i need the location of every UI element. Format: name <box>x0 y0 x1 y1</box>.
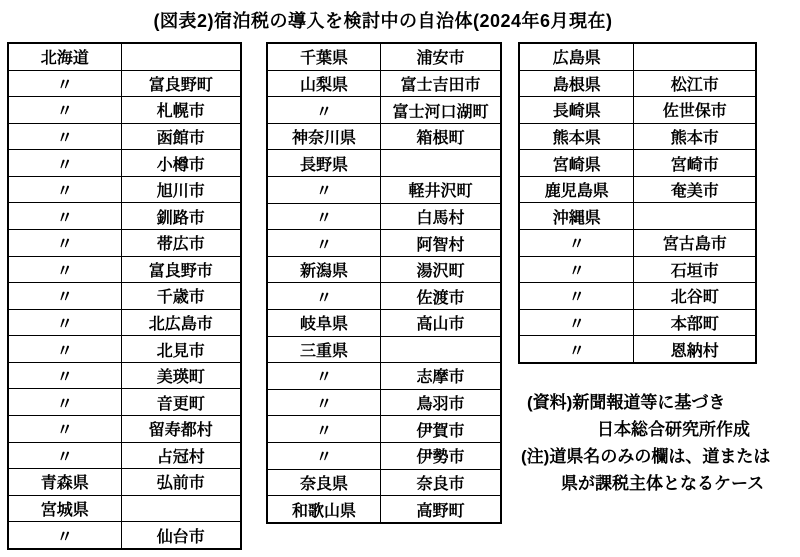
municipality-table-middle: 千葉県浦安市 山梨県富士吉田市 〃富士河口湖町 神奈川県箱根町 長野県 〃軽井沢… <box>266 42 502 524</box>
city-cell: 仙台市 <box>121 522 241 549</box>
pref-cell: 神奈川県 <box>267 123 380 150</box>
table-row: 山梨県富士吉田市 <box>267 70 501 97</box>
pref-cell: 沖縄県 <box>519 203 634 230</box>
table-row: 長野県 <box>267 150 501 177</box>
city-cell: 弘前市 <box>121 469 241 496</box>
pref-cell: 〃 <box>519 283 634 310</box>
city-cell: 鳥羽市 <box>380 389 501 416</box>
pref-cell: 和歌山県 <box>267 496 380 523</box>
city-cell: 美瑛町 <box>121 362 241 389</box>
municipality-table-left: 北海道 〃富良野町 〃札幌市 〃函館市 〃小樽市 〃旭川市 〃釧路市 〃帯広市 … <box>7 42 242 550</box>
city-cell: 富良野町 <box>121 70 241 97</box>
table-row: 沖縄県 <box>519 203 756 230</box>
city-cell <box>634 203 756 230</box>
pref-cell: 奈良県 <box>267 469 380 496</box>
table-row: 三重県 <box>267 336 501 363</box>
pref-cell: 〃 <box>267 203 380 230</box>
table-row: 〃佐渡市 <box>267 283 501 310</box>
pref-cell: 広島県 <box>519 43 634 70</box>
table-row: 〃富良野町 <box>8 70 241 97</box>
city-cell: 奈良市 <box>380 469 501 496</box>
city-cell: 奄美市 <box>634 176 756 203</box>
figure-page: (図表2)宿泊税の導入を検討中の自治体(2024年6月現在) 北海道 〃富良野町… <box>0 0 800 557</box>
pref-cell: 〃 <box>267 416 380 443</box>
city-cell: 宮古島市 <box>634 230 756 257</box>
pref-cell: 〃 <box>519 256 634 283</box>
city-cell: 函館市 <box>121 123 241 150</box>
table-row: 新潟県湯沢町 <box>267 256 501 283</box>
table-row: 長崎県佐世保市 <box>519 97 756 124</box>
city-cell: 富士河口湖町 <box>380 97 501 124</box>
pref-cell: 青森県 <box>8 469 121 496</box>
pref-cell: 千葉県 <box>267 43 380 70</box>
source-note: (資料)新聞報道等に基づき 日本総合研究所作成 (注)道県名のみの欄は、道または… <box>521 389 797 497</box>
city-cell: 留寿都村 <box>121 415 241 442</box>
pref-cell: 新潟県 <box>267 256 380 283</box>
pref-cell: 長野県 <box>267 150 380 177</box>
pref-cell: 〃 <box>8 309 121 336</box>
pref-cell: 〃 <box>267 97 380 124</box>
figure-title: (図表2)宿泊税の導入を検討中の自治体(2024年6月現在) <box>0 7 766 33</box>
table-row: 〃軽井沢町 <box>267 177 501 204</box>
pref-cell: 〃 <box>267 363 380 390</box>
pref-cell: 〃 <box>267 283 380 310</box>
municipality-table-right: 広島県 島根県松江市 長崎県佐世保市 熊本県熊本市 宮崎県宮崎市 鹿児島県奄美市… <box>518 42 757 364</box>
pref-cell: 〃 <box>8 230 121 257</box>
pref-cell: 〃 <box>8 150 121 177</box>
table-row: 〃千歳市 <box>8 283 241 310</box>
table-row: 〃釧路市 <box>8 203 241 230</box>
pref-cell: 〃 <box>8 442 121 469</box>
pref-cell: 〃 <box>8 176 121 203</box>
table-row: 〃小樽市 <box>8 150 241 177</box>
table-row: 〃伊賀市 <box>267 416 501 443</box>
table-row: 熊本県熊本市 <box>519 123 756 150</box>
pref-cell: 〃 <box>519 230 634 257</box>
pref-cell: 〃 <box>267 389 380 416</box>
pref-cell: 長崎県 <box>519 97 634 124</box>
pref-cell: 宮城県 <box>8 495 121 522</box>
city-cell: 白馬村 <box>380 203 501 230</box>
pref-cell: 〃 <box>8 123 121 150</box>
city-cell: 湯沢町 <box>380 256 501 283</box>
table-row: 〃北見市 <box>8 336 241 363</box>
city-cell: 音更町 <box>121 389 241 416</box>
pref-cell: 三重県 <box>267 336 380 363</box>
city-cell <box>380 150 501 177</box>
table-row: 〃阿智村 <box>267 230 501 257</box>
table-row: 〃鳥羽市 <box>267 389 501 416</box>
city-cell: 佐渡市 <box>380 283 501 310</box>
table-row: 宮崎県宮崎市 <box>519 150 756 177</box>
table-row: 和歌山県高野町 <box>267 496 501 523</box>
table-row: 〃伊勢市 <box>267 442 501 469</box>
pref-cell: 〃 <box>8 256 121 283</box>
pref-cell: 北海道 <box>8 43 121 70</box>
city-cell: 熊本市 <box>634 123 756 150</box>
city-cell: 伊勢市 <box>380 442 501 469</box>
pref-cell: 〃 <box>8 362 121 389</box>
table-row: 鹿児島県奄美市 <box>519 176 756 203</box>
table-row: 神奈川県箱根町 <box>267 123 501 150</box>
pref-cell: 鹿児島県 <box>519 176 634 203</box>
pref-cell: 〃 <box>8 203 121 230</box>
table-row: 広島県 <box>519 43 756 70</box>
city-cell: 本部町 <box>634 309 756 336</box>
city-cell: 釧路市 <box>121 203 241 230</box>
city-cell: 浦安市 <box>380 43 501 70</box>
table-row: 〃美瑛町 <box>8 362 241 389</box>
pref-cell: 〃 <box>8 283 121 310</box>
table-row: 北海道 <box>8 43 241 70</box>
table-row: 〃本部町 <box>519 309 756 336</box>
city-cell: 宮崎市 <box>634 150 756 177</box>
pref-cell: 〃 <box>8 97 121 124</box>
pref-cell: 熊本県 <box>519 123 634 150</box>
city-cell <box>121 43 241 70</box>
city-cell <box>634 43 756 70</box>
table-row: 奈良県奈良市 <box>267 469 501 496</box>
table-row: 千葉県浦安市 <box>267 43 501 70</box>
table-row: 〃帯広市 <box>8 230 241 257</box>
table-row: 〃石垣市 <box>519 256 756 283</box>
pref-cell: 〃 <box>267 442 380 469</box>
city-cell <box>121 495 241 522</box>
city-cell: 北谷町 <box>634 283 756 310</box>
table-row: 岐阜県高山市 <box>267 310 501 337</box>
city-cell: 北広島市 <box>121 309 241 336</box>
pref-cell: 〃 <box>8 336 121 363</box>
pref-cell: 〃 <box>8 522 121 549</box>
city-cell: 軽井沢町 <box>380 177 501 204</box>
table-row: 〃占冠村 <box>8 442 241 469</box>
pref-cell: 〃 <box>519 309 634 336</box>
table-row: 青森県弘前市 <box>8 469 241 496</box>
source-note-line: (資料)新聞報道等に基づき <box>521 389 797 416</box>
city-cell: 富士吉田市 <box>380 70 501 97</box>
table-row: 宮城県 <box>8 495 241 522</box>
city-cell: 占冠村 <box>121 442 241 469</box>
pref-cell: 山梨県 <box>267 70 380 97</box>
table-row: 〃北谷町 <box>519 283 756 310</box>
table-row: 〃旭川市 <box>8 176 241 203</box>
table-row: 〃富士河口湖町 <box>267 97 501 124</box>
pref-cell: 〃 <box>267 230 380 257</box>
city-cell: 高山市 <box>380 310 501 337</box>
city-cell: 富良野市 <box>121 256 241 283</box>
city-cell <box>380 336 501 363</box>
source-note-line: 日本総合研究所作成 <box>521 416 797 443</box>
table-row: 〃音更町 <box>8 389 241 416</box>
annotation-note-line: (注)道県名のみの欄は、道または <box>521 443 797 470</box>
city-cell: 帯広市 <box>121 230 241 257</box>
table-row: 〃札幌市 <box>8 97 241 124</box>
table-row: 〃北広島市 <box>8 309 241 336</box>
city-cell: 松江市 <box>634 70 756 97</box>
pref-cell: 〃 <box>267 177 380 204</box>
pref-cell: 〃 <box>519 336 634 363</box>
city-cell: 阿智村 <box>380 230 501 257</box>
city-cell: 小樽市 <box>121 150 241 177</box>
table-row: 〃函館市 <box>8 123 241 150</box>
city-cell: 石垣市 <box>634 256 756 283</box>
city-cell: 札幌市 <box>121 97 241 124</box>
pref-cell: 島根県 <box>519 70 634 97</box>
table-row: 〃留寿都村 <box>8 415 241 442</box>
table-row: 〃白馬村 <box>267 203 501 230</box>
table-row: 〃恩納村 <box>519 336 756 363</box>
pref-cell: 岐阜県 <box>267 310 380 337</box>
annotation-note-line: 県が課税主体となるケース <box>521 470 797 497</box>
pref-cell: 宮崎県 <box>519 150 634 177</box>
city-cell: 千歳市 <box>121 283 241 310</box>
table-row: 〃志摩市 <box>267 363 501 390</box>
city-cell: 高野町 <box>380 496 501 523</box>
pref-cell: 〃 <box>8 415 121 442</box>
table-row: 島根県松江市 <box>519 70 756 97</box>
city-cell: 恩納村 <box>634 336 756 363</box>
table-row: 〃宮古島市 <box>519 230 756 257</box>
table-row: 〃仙台市 <box>8 522 241 549</box>
city-cell: 志摩市 <box>380 363 501 390</box>
city-cell: 伊賀市 <box>380 416 501 443</box>
city-cell: 箱根町 <box>380 123 501 150</box>
table-row: 〃富良野市 <box>8 256 241 283</box>
pref-cell: 〃 <box>8 389 121 416</box>
city-cell: 旭川市 <box>121 176 241 203</box>
city-cell: 北見市 <box>121 336 241 363</box>
city-cell: 佐世保市 <box>634 97 756 124</box>
pref-cell: 〃 <box>8 70 121 97</box>
